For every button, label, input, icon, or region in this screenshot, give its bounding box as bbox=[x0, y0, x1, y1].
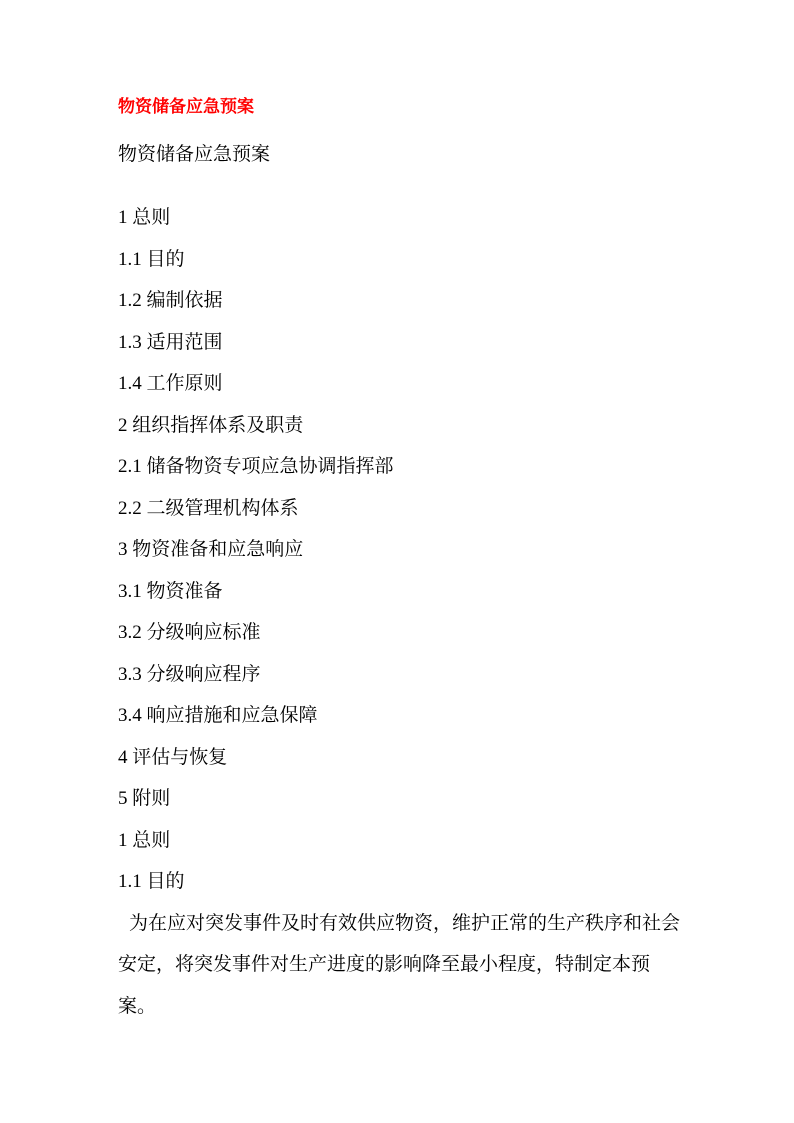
document-page: 物资储备应急预案 物资储备应急预案 1 总则 1.1 目的 1.2 编制依据 1… bbox=[0, 0, 794, 1123]
toc-item: 1 总则 bbox=[118, 197, 676, 239]
document-content: 1 总则 1.1 目的 1.2 编制依据 1.3 适用范围 1.4 工作原则 2… bbox=[118, 197, 676, 1027]
toc-item: 3.3 分级响应程序 bbox=[118, 654, 676, 696]
section-heading: 1 总则 bbox=[118, 820, 676, 862]
toc-item: 2.1 储备物资专项应急协调指挥部 bbox=[118, 446, 676, 488]
toc-item: 2.2 二级管理机构体系 bbox=[118, 488, 676, 530]
toc-item: 3.4 响应措施和应急保障 bbox=[118, 695, 676, 737]
toc-item: 1.3 适用范围 bbox=[118, 322, 676, 364]
toc-item: 2 组织指挥体系及职责 bbox=[118, 405, 676, 447]
document-subtitle: 物资储备应急预案 bbox=[118, 145, 676, 164]
paragraph-line: 为在应对突发事件及时有效供应物资，维护正常的生产秩序和社会 bbox=[118, 903, 676, 945]
toc-item: 1.2 编制依据 bbox=[118, 280, 676, 322]
toc-item: 1.4 工作原则 bbox=[118, 363, 676, 405]
toc-item: 3.2 分级响应标准 bbox=[118, 612, 676, 654]
toc-item: 3 物资准备和应急响应 bbox=[118, 529, 676, 571]
paragraph-line: 安定，将突发事件对生产进度的影响降至最小程度，特制定本预 bbox=[118, 944, 676, 986]
toc-item: 1.1 目的 bbox=[118, 239, 676, 281]
paragraph-line: 案。 bbox=[118, 986, 676, 1028]
subsection-heading: 1.1 目的 bbox=[118, 861, 676, 903]
toc-item: 5 附则 bbox=[118, 778, 676, 820]
document-title-red: 物资储备应急预案 bbox=[118, 98, 676, 115]
toc-item: 4 评估与恢复 bbox=[118, 737, 676, 779]
toc-item: 3.1 物资准备 bbox=[118, 571, 676, 613]
